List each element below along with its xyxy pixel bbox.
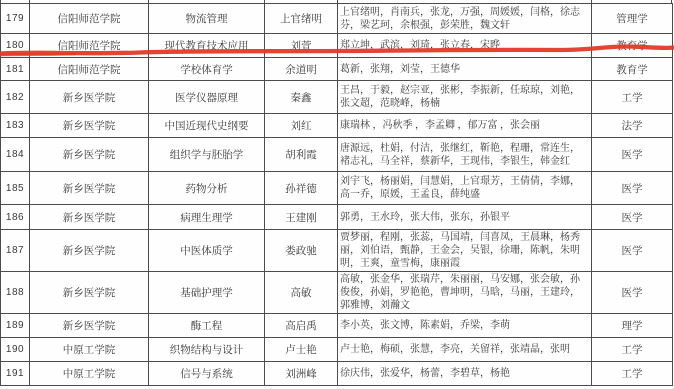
table-border-stub bbox=[591, 0, 592, 3]
cell-course-name: 组织学与胚胎学 bbox=[149, 138, 265, 172]
table-border-stub bbox=[148, 0, 149, 3]
cell-discipline: 工学 bbox=[592, 81, 673, 114]
cell-row-number: 182 bbox=[1, 81, 30, 114]
cell-university: 新乡医学院 bbox=[30, 138, 149, 172]
cell-course-name: 信号与系统 bbox=[149, 362, 265, 386]
cell-university: 新乡医学院 bbox=[30, 81, 149, 114]
cell-discipline: 教育学 bbox=[592, 34, 673, 58]
cell-team-members: 高敏，张金华，张瑞芹，朱丽丽，马安娜，张会敏，孙俊俊，孙娟，罗艳艳，曹坤明，马晗… bbox=[338, 272, 592, 314]
cell-row-number: 184 bbox=[1, 138, 30, 172]
cell-row-number: 187 bbox=[1, 230, 30, 272]
cell-course-leader: 刘洲峰 bbox=[265, 362, 338, 386]
cell-team-members: 上官绪明，肖南兵，张龙，万强，周媛媛，闫格，徐志芬，梁艺珂，余根强，彭荣胜，魏文… bbox=[338, 4, 592, 34]
cell-course-leader: 娄政驰 bbox=[265, 230, 338, 272]
cell-discipline: 医学 bbox=[592, 230, 673, 272]
cell-course-leader: 秦鑫 bbox=[265, 81, 338, 114]
table-row: 191中原工学院信号与系统刘洲峰徐庆伟，张爱华，杨蕾，李碧草，杨艳工学 bbox=[1, 362, 673, 386]
cell-course-leader: 王建刚 bbox=[265, 205, 338, 230]
cell-row-number: 183 bbox=[1, 114, 30, 138]
cell-team-members: 唐源远，杜娟，付洁，张继红，靳艳，程珊，常连生，褚志礼，马全祥，蔡新华，王现伟，… bbox=[338, 138, 592, 172]
table-row: 183新乡医学院中国近现代史纲要刘红康瑞林 ，冯秋季 ，李孟卿 ，郁万富 ，张会… bbox=[1, 114, 673, 138]
cell-university: 信阳师范学院 bbox=[30, 34, 149, 58]
cell-university: 信阳师范学院 bbox=[30, 58, 149, 81]
cell-team-members: 葛新，张翔，刘莹，王德华 bbox=[338, 58, 592, 81]
table-row: 187新乡医学院中医体质学娄政驰贾梦丽，程刚，张蕊，马国靖，闫喜凤，王晨琳，杨秀… bbox=[1, 230, 673, 272]
cell-team-members: 康瑞林 ，冯秋季 ，李孟卿 ，郁万富 ，张会丽 bbox=[338, 114, 592, 138]
cell-course-name: 织物结构与设计 bbox=[149, 338, 265, 362]
cell-university: 新乡医学院 bbox=[30, 230, 149, 272]
cell-team-members: 徐庆伟，张爱华，杨蕾，李碧草，杨艳 bbox=[338, 362, 592, 386]
cell-discipline: 工学 bbox=[592, 338, 673, 362]
cell-row-number: 179 bbox=[1, 4, 30, 34]
cell-course-name: 物流管理 bbox=[149, 4, 265, 34]
cell-university: 新乡医学院 bbox=[30, 314, 149, 338]
cell-university: 中原工学院 bbox=[30, 338, 149, 362]
cell-team-members: 王昌，于毅，赵宗亚，张彬，李振新，任琼琼，刘艳，张文超，范晓峰，杨楠 bbox=[338, 81, 592, 114]
cell-discipline: 医学 bbox=[592, 205, 673, 230]
cell-university: 新乡医学院 bbox=[30, 272, 149, 314]
cell-course-leader: 刘红 bbox=[265, 114, 338, 138]
table-row: 186新乡医学院病理生理学王建刚郭勇，王水玲，张大伟，张东，孙银平医学 bbox=[1, 205, 673, 230]
table-row: 189新乡医学院酶工程高启禹李小英，张文博，陈素娟，乔梁，李萌理学 bbox=[1, 314, 673, 338]
cell-course-name: 现代教育技术应用 bbox=[149, 34, 265, 58]
table-row: 188新乡医学院基础护理学高敏高敏，张金华，张瑞芹，朱丽丽，马安娜，张会敏，孙俊… bbox=[1, 272, 673, 314]
cell-row-number: 189 bbox=[1, 314, 30, 338]
table-row: 182新乡医学院医学仪器原理秦鑫王昌，于毅，赵宗亚，张彬，李振新，任琼琼，刘艳，… bbox=[1, 81, 673, 114]
cell-course-name: 中医体质学 bbox=[149, 230, 265, 272]
cell-university: 新乡医学院 bbox=[30, 114, 149, 138]
cell-university: 中原工学院 bbox=[30, 362, 149, 386]
cell-team-members: 贾梦丽，程刚，张蕊，马国靖，闫喜凤，王晨琳，杨秀丽，刘伯语，甄静，王金会，吴银，… bbox=[338, 230, 592, 272]
cell-course-leader: 高敏 bbox=[265, 272, 338, 314]
cell-row-number: 186 bbox=[1, 205, 30, 230]
cell-university: 信阳师范学院 bbox=[30, 4, 149, 34]
cell-discipline: 教育学 bbox=[592, 58, 673, 81]
cell-course-name: 医学仪器原理 bbox=[149, 81, 265, 114]
cell-course-leader: 孙祥德 bbox=[265, 172, 338, 205]
cell-team-members: 李小英，张文博，陈素娟，乔梁，李萌 bbox=[338, 314, 592, 338]
cell-university: 新乡医学院 bbox=[30, 205, 149, 230]
cell-team-members: 刘宇飞，杨丽娟，闫慧娟，上官璟芳，王倩倩，李娜，高一乔，原媛，王孟良，薛纯盛 bbox=[338, 172, 592, 205]
cell-course-leader: 卢士艳 bbox=[265, 338, 338, 362]
table-row: 184新乡医学院组织学与胚胎学胡利霞唐源远，杜娟，付洁，张继红，靳艳，程珊，常连… bbox=[1, 138, 673, 172]
table-row: 185新乡医学院药物分析孙祥德刘宇飞，杨丽娟，闫慧娟，上官璟芳，王倩倩，李娜，高… bbox=[1, 172, 673, 205]
cell-discipline: 理学 bbox=[592, 314, 673, 338]
cell-course-name: 基础护理学 bbox=[149, 272, 265, 314]
cell-course-leader: 高启禹 bbox=[265, 314, 338, 338]
cell-row-number: 190 bbox=[1, 338, 30, 362]
table-row: 180信阳师范学院现代教育技术应用刘萱郑立坤，武滨，刘琦，张立春，宋晔教育学 bbox=[1, 34, 673, 58]
cell-row-number: 188 bbox=[1, 272, 30, 314]
cell-course-name: 中国近现代史纲要 bbox=[149, 114, 265, 138]
table-border-stub bbox=[337, 0, 338, 3]
table-row: 190中原工学院织物结构与设计卢士艳卢士艳，梅硕，张慧，李亮，关留祥，张靖晶，张… bbox=[1, 338, 673, 362]
cell-university: 新乡医学院 bbox=[30, 172, 149, 205]
cell-discipline: 工学 bbox=[592, 362, 673, 386]
cell-row-number: 180 bbox=[1, 34, 30, 58]
cell-course-name: 学校体育学 bbox=[149, 58, 265, 81]
cell-row-number: 185 bbox=[1, 172, 30, 205]
cell-team-members: 卢士艳，梅硕，张慧，李亮，关留祥，张靖晶，张明 bbox=[338, 338, 592, 362]
cell-course-leader: 胡利霞 bbox=[265, 138, 338, 172]
table-row: 181信阳师范学院学校体育学余道明葛新，张翔，刘莹，王德华教育学 bbox=[1, 58, 673, 81]
table-border-stub bbox=[0, 0, 1, 3]
cell-course-name: 酶工程 bbox=[149, 314, 265, 338]
table-row: 179信阳师范学院物流管理上官绪明上官绪明，肖南兵，张龙，万强，周媛媛，闫格，徐… bbox=[1, 4, 673, 34]
cell-row-number: 191 bbox=[1, 362, 30, 386]
cell-course-leader: 刘萱 bbox=[265, 34, 338, 58]
cell-discipline: 医学 bbox=[592, 272, 673, 314]
cell-team-members: 郭勇，王水玲，张大伟，张东，孙银平 bbox=[338, 205, 592, 230]
cell-team-members: 郑立坤，武滨，刘琦，张立春，宋晔 bbox=[338, 34, 592, 58]
cell-course-leader: 余道明 bbox=[265, 58, 338, 81]
cell-course-name: 药物分析 bbox=[149, 172, 265, 205]
table-border-stub bbox=[29, 0, 30, 3]
scanned-document-page: 179信阳师范学院物流管理上官绪明上官绪明，肖南兵，张龙，万强，周媛媛，闫格，徐… bbox=[0, 0, 674, 389]
cell-course-name: 病理生理学 bbox=[149, 205, 265, 230]
course-list-table: 179信阳师范学院物流管理上官绪明上官绪明，肖南兵，张龙，万强，周媛媛，闫格，徐… bbox=[0, 3, 673, 386]
table-border-stub bbox=[264, 0, 265, 3]
cell-discipline: 医学 bbox=[592, 172, 673, 205]
cell-discipline: 法学 bbox=[592, 114, 673, 138]
cell-row-number: 181 bbox=[1, 58, 30, 81]
cell-course-leader: 上官绪明 bbox=[265, 4, 338, 34]
table-border-stub bbox=[671, 0, 672, 3]
cell-discipline: 医学 bbox=[592, 138, 673, 172]
cell-discipline: 管理学 bbox=[592, 4, 673, 34]
